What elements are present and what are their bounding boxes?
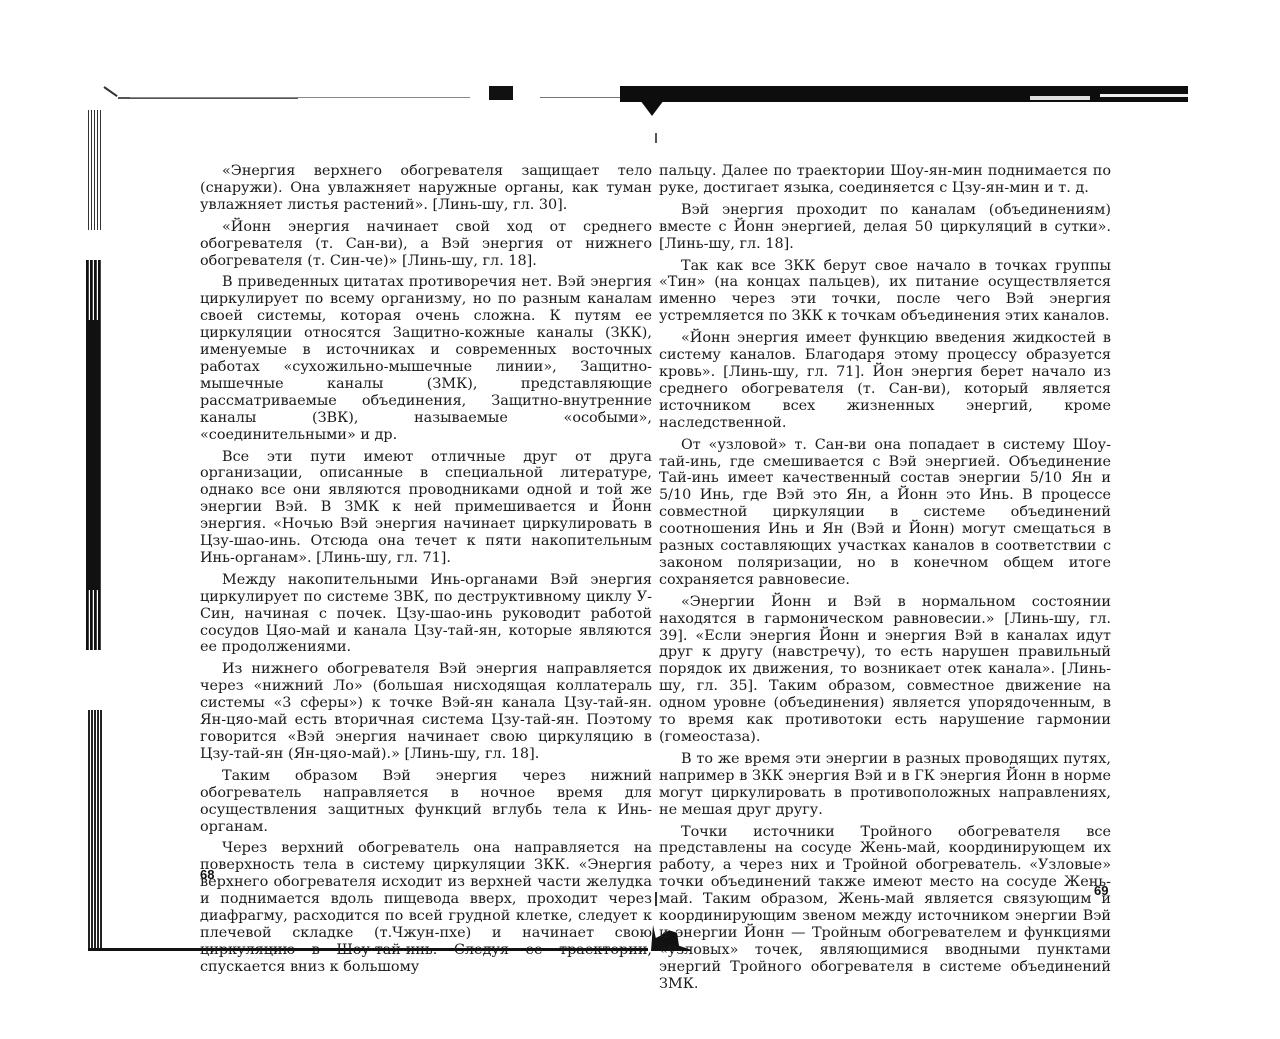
paragraph: Через верхний обогреватель она направляе… xyxy=(200,840,652,975)
paragraph: «Йонн энергия имеет функцию введения жид… xyxy=(659,330,1111,431)
scan-artifact xyxy=(655,133,657,143)
scan-artifact xyxy=(130,97,470,98)
paragraph: Все эти пути имеют отличные друг от друг… xyxy=(200,449,652,567)
paragraph: «Йонн энергия начинает свой ход от средн… xyxy=(200,219,652,270)
paragraph: Так как все ЗКК берут свое начало в точк… xyxy=(659,258,1111,326)
scan-artifact-left-edge xyxy=(88,710,102,950)
paragraph: От «узловой» т. Сан-ви она попадает в си… xyxy=(659,437,1111,589)
scan-artifact xyxy=(540,97,630,98)
scan-artifact-left-edge xyxy=(88,320,100,590)
scan-artifact xyxy=(1100,94,1188,97)
right-page: пальцу. Далее по траектории Шоу-ян-мин п… xyxy=(659,163,1111,998)
paragraph: Из нижнего обогревателя Вэй энергия напр… xyxy=(200,661,652,762)
left-page: «Энергия верхнего обогревателя защищает … xyxy=(200,163,652,981)
page-number: 68 xyxy=(200,867,214,882)
paragraph: «Энергии Йонн и Вэй в нормальном состоян… xyxy=(659,594,1111,746)
scan-artifact-left-edge xyxy=(88,110,102,230)
scan-artifact xyxy=(489,86,513,100)
paragraph: Между накопительными Инь-органами Вэй эн… xyxy=(200,572,652,657)
paragraph-continued: пальцу. Далее по траектории Шоу-ян-мин п… xyxy=(659,163,1111,197)
paragraph: Точки источники Тройного обогревателя вс… xyxy=(659,824,1111,993)
paragraph: Вэй энергия проходит по каналам (объедин… xyxy=(659,202,1111,253)
paragraph: Таким образом Вэй энергия через нижний о… xyxy=(200,768,652,836)
paragraph: «Энергия верхнего обогревателя защищает … xyxy=(200,163,652,214)
scan-artifact xyxy=(1030,96,1090,100)
scan-artifact xyxy=(655,892,657,906)
page-number: 69 xyxy=(1094,883,1108,898)
scan-artifact xyxy=(103,86,117,97)
scan-artifact xyxy=(640,100,664,116)
paragraph: В приведенных цитатах противоречия нет. … xyxy=(200,274,652,443)
paragraph: В то же время эти энергии в разных прово… xyxy=(659,751,1111,819)
